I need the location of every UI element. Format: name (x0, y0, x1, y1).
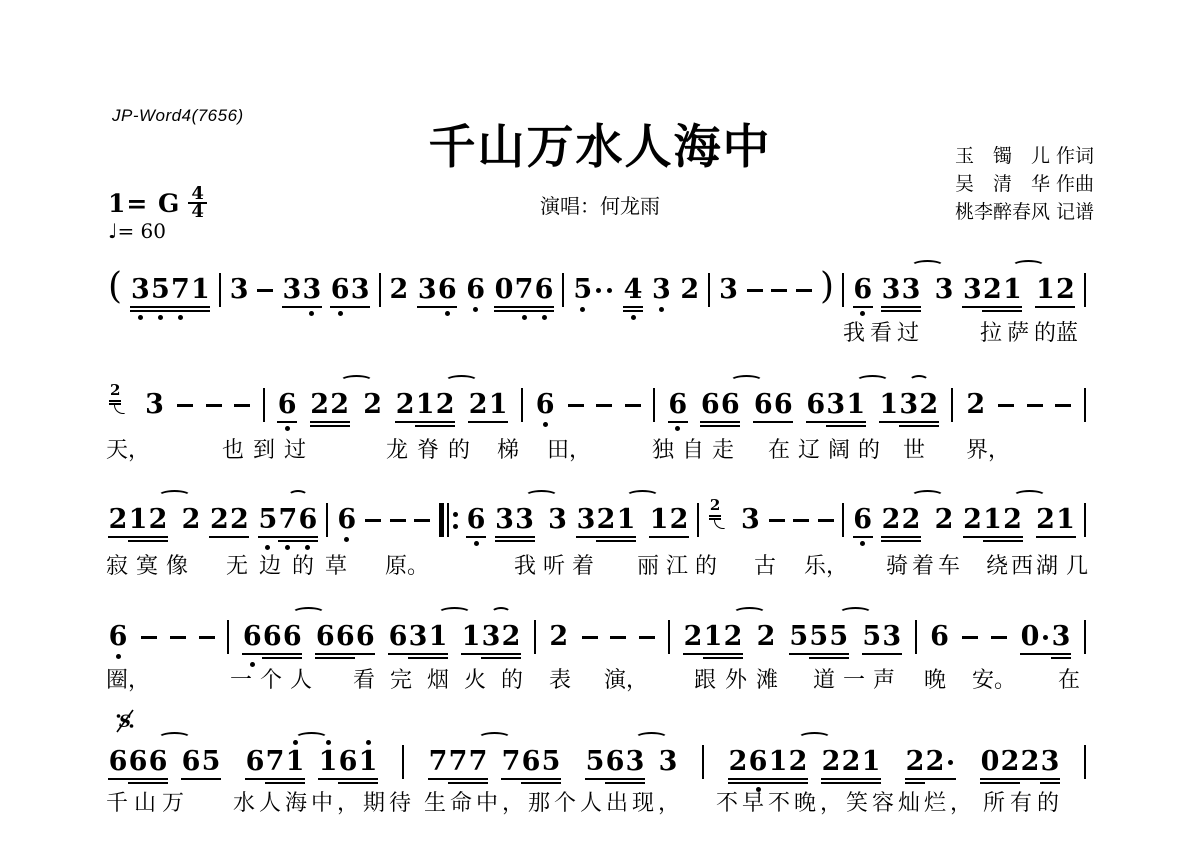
beam-line (481, 657, 521, 659)
note-digit: 2 (901, 505, 921, 535)
lyric: 无边的草 (226, 549, 358, 580)
note-digit: 6 (338, 747, 358, 777)
beam-line (428, 778, 488, 780)
note-group: 22 (905, 747, 956, 777)
beam-line (108, 778, 168, 780)
beam-line (879, 421, 939, 423)
beam-line (881, 310, 921, 312)
note-group: 32112 (576, 505, 689, 535)
tie-arc (158, 490, 191, 502)
note-digit: 6 (242, 622, 262, 652)
note-digit: 6 (245, 747, 265, 777)
lyric: 晚 (924, 663, 946, 694)
tempo-value: = 60 (117, 219, 166, 243)
repeat-sign (439, 503, 458, 537)
note-group: 0223 (980, 747, 1060, 777)
note-group: 666666 (242, 622, 375, 652)
note-digit: 2 (310, 390, 330, 420)
note-digit: 6 (521, 747, 541, 777)
beam-line (826, 425, 866, 427)
note-digit: 3 (882, 622, 902, 652)
note-gap (168, 747, 181, 777)
beam-line (649, 536, 689, 538)
note-digit: 6 (748, 747, 768, 777)
note-digit: 2 (389, 275, 409, 305)
beam-line (821, 782, 881, 784)
beam-line (495, 536, 535, 538)
note-digit: 2 (683, 622, 703, 652)
note-digit: 1 (649, 505, 669, 535)
beam-line (1040, 782, 1060, 784)
note-group: 6 (853, 505, 873, 535)
duration-dash (365, 519, 381, 522)
note-digit: 6 (437, 275, 457, 305)
note-digit: 2 (501, 622, 521, 652)
note-digit: 6 (108, 747, 128, 777)
note-digit: 6 (720, 390, 740, 420)
barline (951, 388, 953, 422)
note-digit: 2 (549, 622, 569, 652)
beam-line (881, 306, 921, 308)
lyric: 一个人 (230, 663, 320, 694)
note-digit: 1 (461, 622, 481, 652)
tie-arc (288, 490, 308, 502)
note-digit: 2 (881, 505, 901, 535)
note-gap (448, 622, 461, 652)
note-digit: 2 (395, 390, 415, 420)
note-digit: 6 (466, 275, 486, 305)
note-digit: 3 (282, 275, 302, 305)
beam-line (265, 782, 305, 784)
note-group: 631132 (388, 622, 521, 652)
note-digit: 2 (330, 390, 350, 420)
lyrics-row-3: 寂寞像无边的草原。我听着丽江的古乐，骑着车绕西湖几 (0, 549, 1200, 579)
note-gap (808, 747, 821, 777)
note-digit: 3 (740, 505, 760, 535)
tie-arc (1012, 260, 1045, 272)
barline (326, 503, 328, 537)
beam-line (128, 782, 168, 784)
duration-dash (414, 519, 430, 522)
beam-line (338, 782, 378, 784)
lyric: 梯 (497, 433, 519, 464)
note-digit: 2 (1036, 505, 1056, 535)
note-digit: 2 (756, 622, 776, 652)
note-digit: 2 (925, 747, 945, 777)
note-group: 6666 (700, 390, 793, 420)
note-digit: 3 (229, 275, 249, 305)
grace-note: 2 (708, 502, 732, 538)
beam-line (242, 653, 302, 655)
note-digit: 1 (285, 747, 305, 777)
note-digit: 1 (488, 390, 508, 420)
lyric: 看完烟火的 (353, 663, 538, 694)
barline (1084, 273, 1086, 307)
note-digit: 1 (616, 505, 636, 535)
beam-line (494, 306, 554, 308)
note-group: 63 (330, 275, 370, 305)
note-digit: 0 (1020, 622, 1040, 652)
note-digit: 0 (494, 275, 514, 305)
note-group: 671161 (245, 747, 378, 777)
note-digit: 6 (700, 390, 720, 420)
note-gap (305, 747, 318, 777)
beam-line (703, 657, 743, 659)
note-group: 6 (108, 622, 128, 652)
octave-dot-low (580, 307, 585, 312)
note-group: 4 (623, 275, 643, 305)
note-digit: 3 (576, 505, 596, 535)
note-digit: 7 (514, 275, 534, 305)
note-digit: 2 (229, 505, 249, 535)
note-digit: 6 (806, 390, 826, 420)
tie-arc (478, 732, 511, 744)
note-group: 03 (1020, 622, 1071, 652)
beam-line (278, 540, 318, 542)
duration-dash (390, 519, 406, 522)
note-digit: 1 (318, 747, 338, 777)
tie-arc (856, 375, 889, 387)
augmentation-dot (604, 275, 615, 305)
lyric: 安。 (972, 663, 1016, 694)
note-gap (636, 505, 649, 535)
note-digit: 2 (821, 747, 841, 777)
note-digit: 5 (829, 622, 849, 652)
lyrics-row-1: 我看过拉萨的蓝 (0, 316, 1200, 346)
note-digit: 2 (963, 505, 983, 535)
note-group: 2122 (108, 505, 201, 535)
lyric: 龙脊的 (386, 433, 479, 464)
beam-line (853, 306, 873, 308)
lyric: 蓝 (1056, 316, 1078, 347)
lyric: 演， (604, 663, 648, 694)
beam-line (596, 540, 636, 542)
tie-arc (909, 375, 929, 387)
note-digit: 2 (728, 747, 748, 777)
credit-line: 桃李醉春风 记谱 (955, 198, 1094, 226)
note-digit: 3 (826, 390, 846, 420)
note-digit: 5 (809, 622, 829, 652)
lyric: 在 (1058, 663, 1080, 694)
note-digit: 2 (1000, 747, 1020, 777)
note-digit: 3 (881, 275, 901, 305)
note-digit: 2 (108, 505, 128, 535)
beam-line (415, 425, 455, 427)
duration-dash (991, 636, 1007, 639)
note-digit: 3 (719, 275, 739, 305)
note-group: 6 (466, 505, 486, 535)
note-digit: 6 (277, 390, 297, 420)
lyric: 生命中，那个人出现， (424, 786, 684, 817)
tie-arc (733, 607, 766, 619)
beam-line (963, 536, 1023, 538)
note-group: 2122 (683, 622, 776, 652)
note-gap (350, 390, 363, 420)
note-digit: 2 (905, 747, 925, 777)
note-digit: 2 (841, 747, 861, 777)
lyric: 拉萨的 (980, 316, 1061, 347)
tie-arc (911, 260, 944, 272)
svg-text:S: S (119, 712, 131, 732)
augmentation-dot (593, 275, 604, 305)
note-digit: 2 (723, 622, 743, 652)
beam-line (245, 778, 305, 780)
tie-arc (730, 375, 763, 387)
notes-row-4: 66666666311322212255553603 (108, 613, 1086, 661)
beam-line (330, 306, 370, 308)
note-digit: 1 (358, 747, 378, 777)
beam-line (862, 653, 902, 655)
beam-line (181, 778, 221, 780)
beam-line (962, 306, 1022, 308)
note-digit: 6 (534, 275, 554, 305)
barline (842, 503, 844, 537)
note-digit: 3 (130, 275, 150, 305)
duration-dash (177, 404, 193, 407)
beam-line (821, 778, 881, 780)
key-signature: 1= G 4 4 (108, 186, 207, 220)
note-group: 3 (651, 275, 671, 305)
note-digit: 2 (982, 275, 1002, 305)
lyric: 跟外滩 (694, 663, 787, 694)
lyric: 丽江的 (637, 549, 724, 580)
note-digit: 3 (962, 275, 982, 305)
beam-line (728, 778, 808, 780)
note-gap (645, 747, 658, 777)
note-digit: 3 (1040, 747, 1060, 777)
tie-arc (295, 732, 328, 744)
beam-line (521, 782, 561, 784)
lyric: 道一声 (813, 663, 903, 694)
note-group: 5633 (585, 747, 678, 777)
note-digit: 6 (108, 622, 128, 652)
beam-line (983, 540, 1023, 542)
barline (402, 745, 404, 779)
duration-dash (206, 404, 222, 407)
note-digit: 2 (934, 505, 954, 535)
note-group: 22 (209, 505, 249, 535)
beam-line (576, 536, 636, 538)
note-group: 2 (680, 275, 700, 305)
beam-line (501, 778, 561, 780)
lyric: 我听着 (514, 549, 601, 580)
duration-dash (170, 636, 186, 639)
note-group: 6 (337, 505, 357, 535)
note-group: 21221 (395, 390, 508, 420)
beam-line (668, 421, 688, 423)
note-digit: 3 (350, 275, 370, 305)
credits-block: 玉 镯 儿 作词吴 清 华 作曲桃李醉春风 记谱 (955, 142, 1094, 226)
beam-line (905, 778, 956, 780)
octave-dot-low (285, 426, 290, 431)
beam-line (809, 657, 849, 659)
octave-dot-low (473, 307, 478, 312)
sheet-music-page: JP-Word4(7656) 千山万水人海中 演唱：何龙雨 玉 镯 儿 作词吴 … (0, 0, 1200, 850)
note-group: 32112 (962, 275, 1075, 305)
beam-line (905, 782, 925, 784)
note-group: 6 (535, 390, 555, 420)
note-digit: 6 (773, 390, 793, 420)
beam-line (262, 657, 302, 659)
duration-dash (793, 519, 809, 522)
beam-line (1051, 657, 1071, 659)
note-gap (921, 505, 934, 535)
tempo-marking: ♩= 60 (108, 219, 166, 243)
note-digit: 2 (966, 390, 986, 420)
note-digit: 6 (930, 622, 950, 652)
note-digit: 6 (298, 505, 318, 535)
note-digit: 7 (468, 747, 488, 777)
note-group: 6 (466, 275, 486, 305)
beam-line (982, 310, 1022, 312)
lyric: 表 (549, 663, 571, 694)
notes-row-1: (357133363236607654323)633332112 (108, 266, 1086, 314)
beam-line (980, 782, 1020, 784)
note-gap (866, 390, 879, 420)
beam-line (899, 425, 939, 427)
credit-line: 吴 清 华 作曲 (955, 170, 1094, 198)
note-digit: 3 (658, 747, 678, 777)
note-digit: 3 (901, 275, 921, 305)
beam-line (128, 540, 168, 542)
note-digit: 6 (535, 390, 555, 420)
note-digit: 6 (337, 505, 357, 535)
note-gap (1023, 505, 1036, 535)
note-digit: 3 (625, 747, 645, 777)
note-digit: 6 (853, 505, 873, 535)
note-digit: 1 (983, 505, 1003, 535)
note-digit: 7 (428, 747, 448, 777)
notes-row-5: 6666567116177776556332612221220223S (108, 738, 1086, 786)
duration-dash (998, 404, 1014, 407)
note-group: 36 (417, 275, 457, 305)
note-digit: 7 (170, 275, 190, 305)
note-digit: 2 (468, 390, 488, 420)
beam-line (310, 425, 350, 427)
beam-line (468, 421, 508, 423)
duration-dash (771, 289, 787, 292)
note-digit: 1 (768, 747, 788, 777)
beam-line (408, 657, 448, 659)
note-digit: 6 (466, 505, 486, 535)
lyric: 所有的 (983, 786, 1064, 817)
note-gap (743, 622, 756, 652)
barline (379, 273, 381, 307)
lyric: 田， (547, 433, 591, 464)
duration-dash (141, 636, 157, 639)
note-digit: 3 (934, 275, 954, 305)
note-digit: 6 (330, 275, 350, 305)
lyric: 水人海中，期待 (233, 786, 415, 817)
note-digit: 3 (495, 505, 515, 535)
beam-line (318, 778, 378, 780)
lyric: 也到过 (222, 433, 315, 464)
duration-dash (625, 404, 641, 407)
note-digit: 2 (596, 505, 616, 535)
lyric: 界， (966, 433, 1010, 464)
note-digit: 6 (668, 390, 688, 420)
lyric: 绕西湖 (986, 549, 1061, 580)
note-digit: 2 (209, 505, 229, 535)
duration-dash (596, 404, 612, 407)
beam-line (753, 421, 793, 423)
tie-arc (438, 607, 471, 619)
time-signature-lower: 4 (188, 202, 207, 220)
note-group: 2612221 (728, 747, 881, 777)
lyric: 圈， (106, 663, 150, 694)
octave-dot-low (116, 654, 121, 659)
duration-dash (796, 289, 812, 292)
note-group: 6 (853, 275, 873, 305)
note-digit: 5 (789, 622, 809, 652)
lyric: 天， (106, 433, 150, 464)
note-gap (302, 622, 315, 652)
note-digit: 1 (846, 390, 866, 420)
note-group: 21221 (963, 505, 1076, 535)
duration-dash (747, 289, 763, 292)
note-group: 3 (229, 275, 249, 305)
tie-arc (911, 490, 944, 502)
beam-line (683, 653, 743, 655)
duration-dash (199, 636, 215, 639)
lyric: 独自走 (652, 433, 742, 464)
duration-dash (257, 289, 273, 292)
barline (842, 273, 844, 307)
note-digit: 6 (315, 622, 335, 652)
barline (219, 273, 221, 307)
lyrics-row-5: 千山万水人海中，期待生命中，那个人出现，不早不晚，笑容灿烂，所有的 (0, 786, 1200, 816)
parenthesis: ) (820, 272, 834, 302)
note-digit: 3 (1051, 622, 1071, 652)
note-group: 2 (549, 622, 569, 652)
lyrics-row-4: 圈，一个人看完烟火的表演，跟外滩道一声晚安。在 (0, 663, 1200, 693)
beam-line (448, 782, 488, 784)
note-digit: 5 (573, 275, 593, 305)
note-digit: 6 (128, 747, 148, 777)
note-digit: 5 (150, 275, 170, 305)
octave-dot-low (860, 541, 865, 546)
beam-line (623, 310, 643, 312)
note-group: 66665 (108, 747, 221, 777)
barline (653, 388, 655, 422)
duration-dash (1027, 404, 1043, 407)
note-gap (849, 622, 862, 652)
lyric: 骑着车 (886, 549, 964, 580)
note-digit: 1 (415, 390, 435, 420)
note-digit: 5 (201, 747, 221, 777)
beam-line (258, 536, 318, 538)
beam-line (209, 536, 249, 538)
note-digit: 1 (1035, 275, 1055, 305)
note-digit: 0 (980, 747, 1000, 777)
tie-arc (798, 732, 831, 744)
note-group: 576 (258, 505, 318, 535)
barline (1084, 503, 1086, 537)
barline (1084, 745, 1086, 779)
note-digit: 3 (417, 275, 437, 305)
duration-dash (818, 519, 834, 522)
notes-row-2: 236222212216666666311322 (108, 381, 1086, 429)
beam-line (623, 306, 643, 308)
barline (227, 620, 229, 654)
barline (562, 273, 564, 307)
note-digit: 3 (145, 390, 165, 420)
note-group: 55553 (789, 622, 902, 652)
note-group: 6 (930, 622, 950, 652)
note-digit: 6 (282, 622, 302, 652)
beam-line (1020, 653, 1071, 655)
note-group: 6 (277, 390, 297, 420)
